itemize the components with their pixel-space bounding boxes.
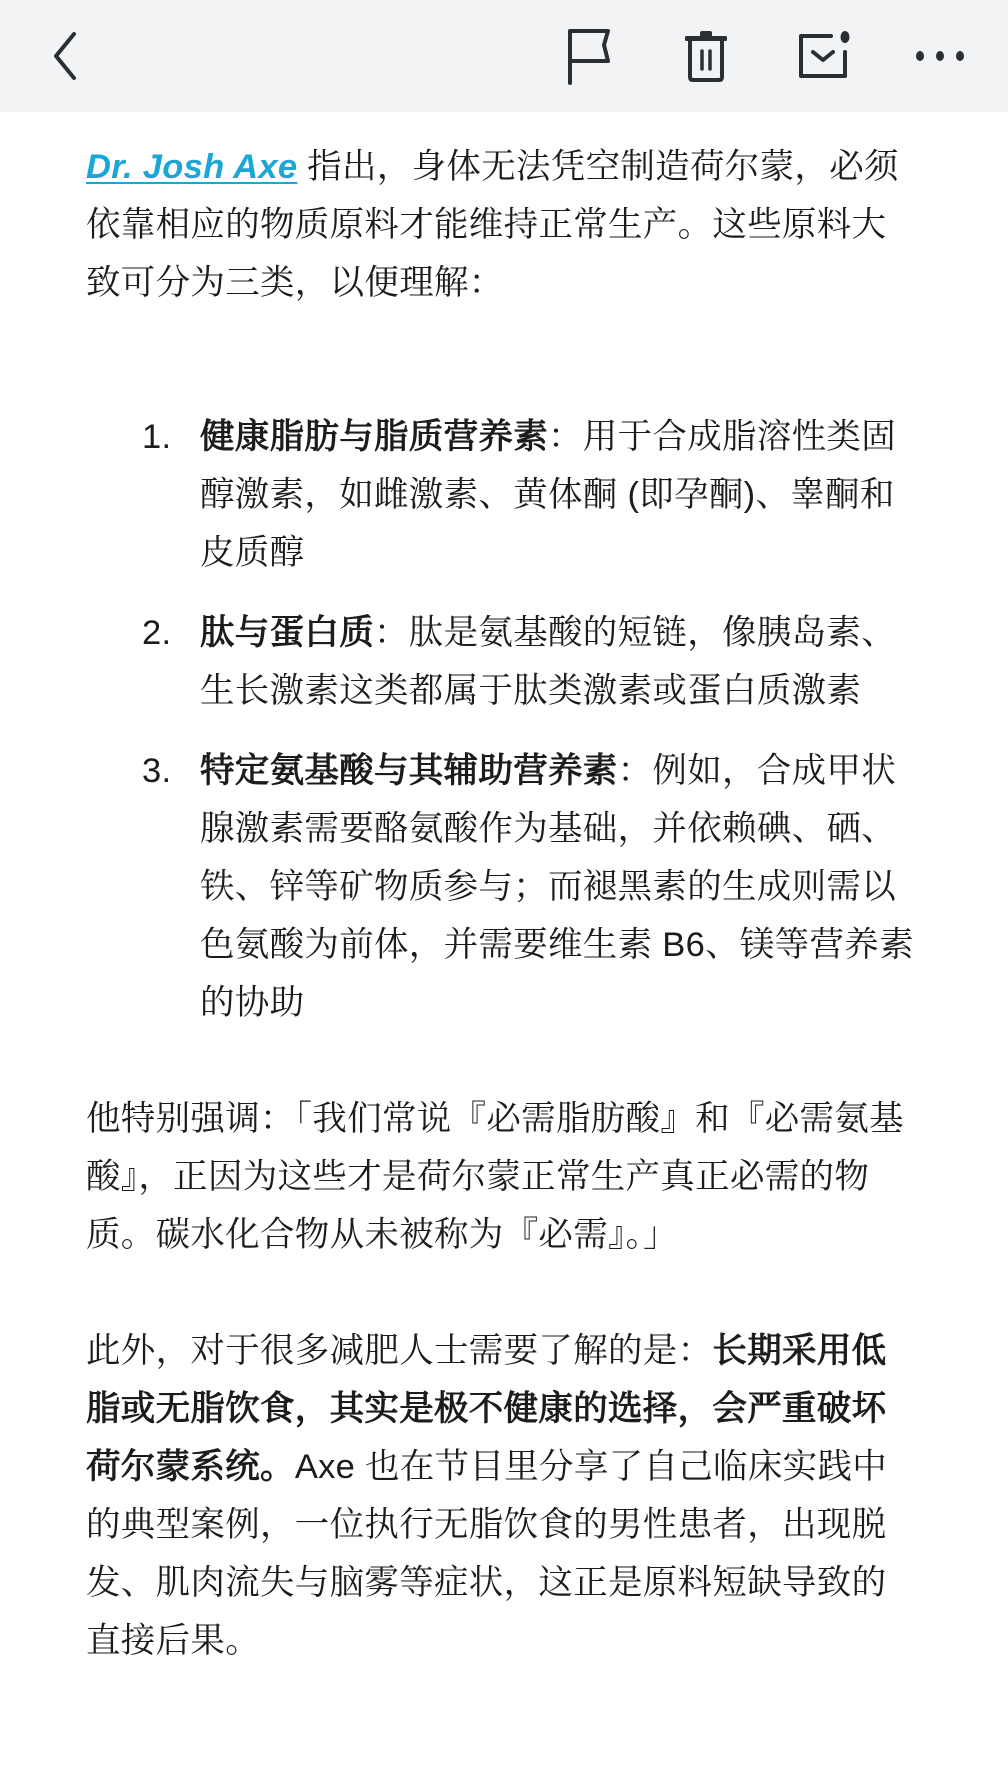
ingredient-list: 1.健康脂肪与脂质营养素：用于合成脂溶性类固醇激素，如雌激素、黄体酮 (即孕酮)… <box>86 408 916 1032</box>
list-number: 3. <box>142 742 171 800</box>
trash-icon <box>683 29 729 83</box>
final-lead: 此外，对于很多减肥人士需要了解的是： <box>86 1332 712 1370</box>
list-number: 1. <box>142 408 171 466</box>
back-button[interactable] <box>32 22 100 90</box>
list-item: 3.特定氨基酸与其辅助营养素：例如，合成甲状腺激素需要酪氨酸作为基础，并依赖碘、… <box>86 742 916 1032</box>
author-link[interactable]: Dr. Josh Axe <box>86 148 297 186</box>
quote-paragraph: 他特别强调：「我们常说『必需脂肪酸』和『必需氨基酸』，正因为这些才是荷尔蒙正常生… <box>86 1090 916 1264</box>
intro-paragraph: Dr. Josh Axe 指出，身体无法凭空制造荷尔蒙，必须依靠相应的物质原料才… <box>86 138 916 312</box>
more-icon <box>914 49 966 63</box>
list-item-text: ：例如，合成甲状腺激素需要酪氨酸作为基础，并依赖碘、硒、铁、锌等矿物质参与；而褪… <box>200 752 914 1022</box>
list-item: 2.肽与蛋白质：肽是氨基酸的短链，像胰岛素、生长激素这类都属于肽类激素或蛋白质激… <box>86 604 916 720</box>
final-paragraph: 此外，对于很多减肥人士需要了解的是：长期采用低脂或无脂饮食，其实是极不健康的选择… <box>86 1322 916 1670</box>
back-icon <box>46 28 86 84</box>
delete-button[interactable] <box>672 22 740 90</box>
more-button[interactable] <box>906 22 974 90</box>
list-item-title: 特定氨基酸与其辅助营养素 <box>200 752 618 790</box>
flag-button[interactable] <box>556 22 624 90</box>
list-number: 2. <box>142 604 171 662</box>
flag-icon <box>564 27 616 85</box>
list-item: 1.健康脂肪与脂质营养素：用于合成脂溶性类固醇激素，如雌激素、黄体酮 (即孕酮)… <box>86 408 916 582</box>
list-item-title: 健康脂肪与脂质营养素 <box>200 418 548 456</box>
top-toolbar <box>0 0 1008 112</box>
mark-unread-button[interactable] <box>790 22 858 90</box>
mark-unread-icon <box>795 30 853 82</box>
list-item-title: 肽与蛋白质 <box>200 614 374 652</box>
message-body: Dr. Josh Axe 指出，身体无法凭空制造荷尔蒙，必须依靠相应的物质原料才… <box>86 138 916 1670</box>
